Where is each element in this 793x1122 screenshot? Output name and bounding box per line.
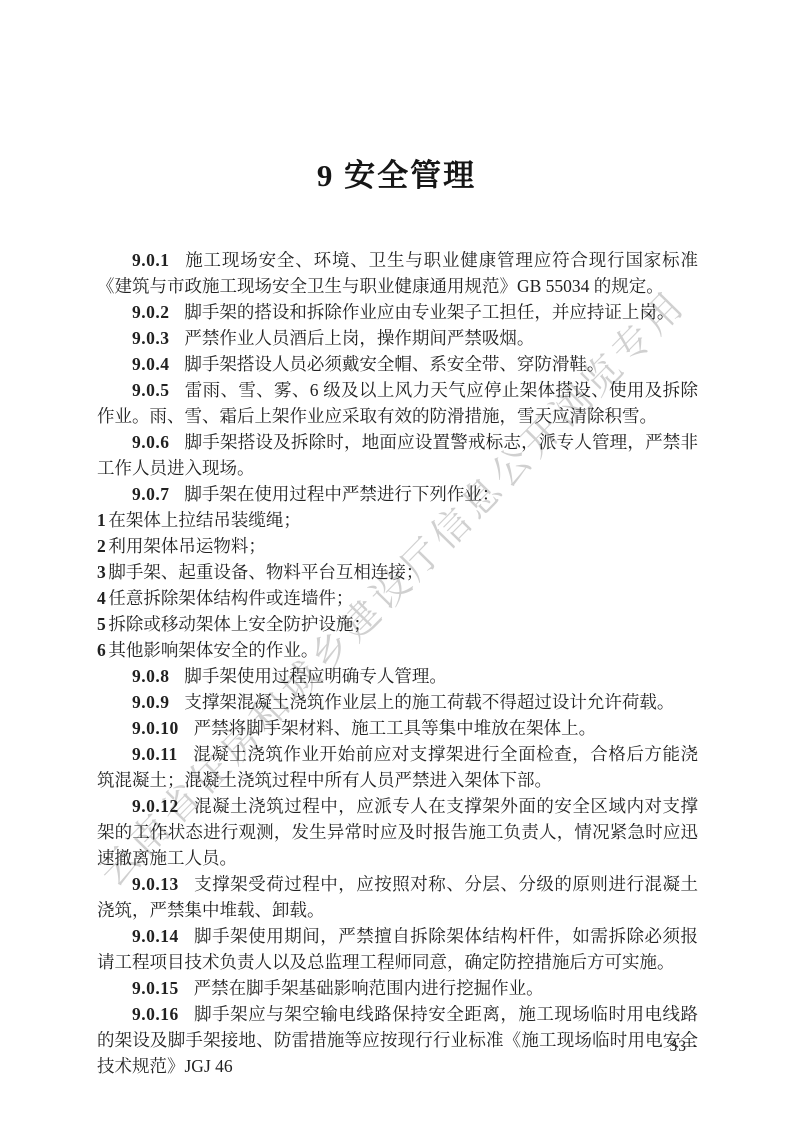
item-number: 1 <box>97 510 106 530</box>
list-item-3: 3脚手架、起重设备、物料平台互相连接； <box>97 559 698 585</box>
clause-9.0.14: 9.0.14脚手架使用期间，严禁擅自拆除架体结构杆件，如需拆除必须报请工程项目技… <box>97 923 698 975</box>
clause-9.0.9: 9.0.9支撑架混凝土浇筑作业层上的施工荷载不得超过设计允许荷载。 <box>97 689 698 715</box>
clause-text: 混凝土浇筑作业开始前应对支撑架进行全面检查，合格后方能浇筑混凝土；混凝土浇筑过程… <box>97 744 698 790</box>
clause-9.0.12: 9.0.12混凝土浇筑过程中，应派专人在支撑架外面的安全区域内对支撑架的工作状态… <box>97 793 698 871</box>
clause-number: 9.0.7 <box>132 484 170 504</box>
list-item-4: 4任意拆除架体结构件或连墙件； <box>97 585 698 611</box>
item-number: 3 <box>97 562 106 582</box>
clause-text: 严禁作业人员酒后上岗，操作期间严禁吸烟。 <box>184 328 534 348</box>
item-text: 任意拆除架体结构件或连墙件； <box>108 588 353 608</box>
clause-9.0.15: 9.0.15严禁在脚手架基础影响范围内进行挖掘作业。 <box>97 975 698 1001</box>
clause-9.0.1: 9.0.1施工现场安全、环境、卫生与职业健康管理应符合现行国家标准《建筑与市政施… <box>97 247 698 299</box>
clause-text: 脚手架搭设人员必须戴安全帽、系安全带、穿防滑鞋。 <box>184 354 604 374</box>
clause-number: 9.0.12 <box>132 796 179 816</box>
clause-text: 严禁将脚手架材料、施工工具等集中堆放在架体上。 <box>194 718 597 738</box>
item-text: 利用架体吊运物料； <box>108 536 266 556</box>
clause-text: 脚手架应与架空输电线路保持安全距离，施工现场临时用电线路的架设及脚手架接地、防雷… <box>97 1004 698 1076</box>
clause-9.0.10: 9.0.10严禁将脚手架材料、施工工具等集中堆放在架体上。 <box>97 715 698 741</box>
clause-text: 脚手架使用期间，严禁擅自拆除架体结构杆件，如需拆除必须报请工程项目技术负责人以及… <box>97 926 698 972</box>
clause-text: 严禁在脚手架基础影响范围内进行挖掘作业。 <box>194 978 544 998</box>
clause-number: 9.0.11 <box>132 744 178 764</box>
clause-number: 9.0.1 <box>132 250 170 270</box>
clause-number: 9.0.8 <box>132 666 170 686</box>
clause-number: 9.0.6 <box>132 432 170 452</box>
item-number: 5 <box>97 614 106 634</box>
clause-9.0.4: 9.0.4脚手架搭设人员必须戴安全帽、系安全带、穿防滑鞋。 <box>97 351 698 377</box>
clause-number: 9.0.2 <box>132 302 170 322</box>
list-item-2: 2利用架体吊运物料； <box>97 533 698 559</box>
clause-number: 9.0.5 <box>132 380 170 400</box>
clause-text: 脚手架搭设及拆除时，地面应设置警戒标志，派专人管理，严禁非工作人员进入现场。 <box>97 432 698 478</box>
clause-number: 9.0.4 <box>132 354 170 374</box>
list-item-6: 6其他影响架体安全的作业。 <box>97 637 698 663</box>
item-number: 2 <box>97 536 106 556</box>
clause-text: 脚手架使用过程应明确专人管理。 <box>184 666 447 686</box>
clause-9.0.11: 9.0.11混凝土浇筑作业开始前应对支撑架进行全面检查，合格后方能浇筑混凝土；混… <box>97 741 698 793</box>
clause-number: 9.0.16 <box>132 1004 179 1024</box>
clause-9.0.13: 9.0.13支撑架受荷过程中，应按照对称、分层、分级的原则进行混凝土浇筑，严禁集… <box>97 871 698 923</box>
item-number: 4 <box>97 588 106 608</box>
item-number: 6 <box>97 640 106 660</box>
clause-9.0.16: 9.0.16脚手架应与架空输电线路保持安全距离，施工现场临时用电线路的架设及脚手… <box>97 1001 698 1079</box>
list-item-5: 5拆除或移动架体上安全防护设施； <box>97 611 698 637</box>
clause-text: 施工现场安全、环境、卫生与职业健康管理应符合现行国家标准《建筑与市政施工现场安全… <box>97 250 698 296</box>
list-item-1: 1在架体上拉结吊装缆绳； <box>97 507 698 533</box>
clause-number: 9.0.10 <box>132 718 179 738</box>
item-text: 其他影响架体安全的作业。 <box>108 640 318 660</box>
page-number: · 33 · <box>658 1038 698 1056</box>
clause-number: 9.0.15 <box>132 978 179 998</box>
clause-9.0.3: 9.0.3严禁作业人员酒后上岗，操作期间严禁吸烟。 <box>97 325 698 351</box>
clause-text: 支撑架受荷过程中，应按照对称、分层、分级的原则进行混凝土浇筑，严禁集中堆载、卸载… <box>97 874 698 920</box>
clause-9.0.6: 9.0.6脚手架搭设及拆除时，地面应设置警戒标志，派专人管理，严禁非工作人员进入… <box>97 429 698 481</box>
clause-number: 9.0.13 <box>132 874 179 894</box>
clause-text: 脚手架在使用过程中严禁进行下列作业： <box>184 484 499 504</box>
clause-list: 9.0.1施工现场安全、环境、卫生与职业健康管理应符合现行国家标准《建筑与市政施… <box>97 247 698 1079</box>
chapter-title: 9 安全管理 <box>0 150 793 195</box>
clause-text: 支撑架混凝土浇筑作业层上的施工荷载不得超过设计允许荷载。 <box>184 692 674 712</box>
clause-text: 雷雨、雪、雾、6 级及以上风力天气应停止架体搭设、使用及拆除作业。雨、雪、霜后上… <box>97 380 698 426</box>
clause-9.0.5: 9.0.5雷雨、雪、雾、6 级及以上风力天气应停止架体搭设、使用及拆除作业。雨、… <box>97 377 698 429</box>
item-text: 在架体上拉结吊装缆绳； <box>108 510 301 530</box>
clause-text: 混凝土浇筑过程中，应派专人在支撑架外面的安全区域内对支撑架的工作状态进行观测，发… <box>97 796 698 868</box>
clause-9.0.8: 9.0.8脚手架使用过程应明确专人管理。 <box>97 663 698 689</box>
clause-number: 9.0.3 <box>132 328 170 348</box>
clause-number: 9.0.14 <box>132 926 179 946</box>
clause-9.0.2: 9.0.2脚手架的搭设和拆除作业应由专业架子工担任，并应持证上岗。 <box>97 299 698 325</box>
clause-9.0.7: 9.0.7脚手架在使用过程中严禁进行下列作业： <box>97 481 698 507</box>
clause-text: 脚手架的搭设和拆除作业应由专业架子工担任，并应持证上岗。 <box>184 302 674 322</box>
item-text: 拆除或移动架体上安全防护设施； <box>108 614 371 634</box>
item-text: 脚手架、起重设备、物料平台互相连接； <box>108 562 423 582</box>
clause-number: 9.0.9 <box>132 692 170 712</box>
document-page: 云南省住房和城乡建设厅信息公开浏览专用 9 安全管理 9.0.1施工现场安全、环… <box>0 0 793 1122</box>
